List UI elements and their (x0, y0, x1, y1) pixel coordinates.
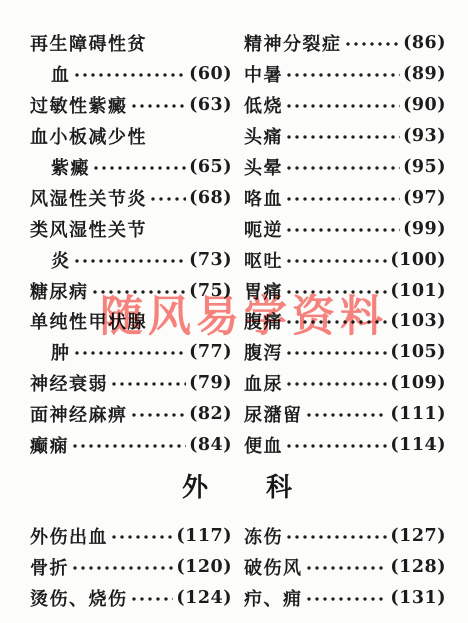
toc-entry-title: 面神经麻痹 (30, 401, 128, 427)
toc-entry: 中暑 (89) (244, 59, 446, 90)
toc-entry-page: (109) (390, 373, 446, 393)
toc-entry-title: 单纯性甲状腺 (30, 308, 147, 334)
toc-entry-page: (77) (189, 342, 232, 362)
toc-entry: 腹痛 (103) (244, 306, 446, 337)
toc-entry-page: (65) (189, 157, 232, 177)
toc-entry-page: (86) (403, 33, 446, 53)
toc-entry: 破伤风 (128) (244, 551, 446, 582)
toc-entry-title: 咯血 (244, 185, 283, 211)
toc-entry-title: 破伤风 (244, 554, 303, 580)
toc-entry-page: (93) (403, 126, 446, 146)
toc-entry-page: (95) (403, 157, 446, 177)
toc-entry-page: (128) (390, 557, 446, 577)
toc-entry: 紫癜 (65) (30, 152, 232, 183)
toc-entry: 血 (60) (30, 59, 232, 90)
toc-entry: 呃逆 (99) (244, 213, 446, 244)
toc-entry-page: (75) (189, 281, 232, 301)
toc-entry: 头痛 (93) (244, 121, 446, 152)
toc-entry-title: 腹痛 (244, 308, 283, 334)
toc-entry: 疖、痈 (131) (244, 582, 446, 613)
toc-entry-page: (124) (176, 588, 232, 608)
toc-entry-page: (84) (189, 435, 232, 455)
toc-entry-title: 血 (51, 61, 71, 87)
toc-entry: 尿潴留 (111) (244, 399, 446, 430)
toc-entry-title: 头痛 (244, 123, 283, 149)
dot-leader (149, 190, 186, 208)
toc-entry-title: 头晕 (244, 154, 283, 180)
dot-leader (285, 252, 387, 270)
toc-entry: 咯血 (97) (244, 182, 446, 213)
dot-leader (285, 128, 400, 146)
toc-entry: 烫伤、烧伤 (124) (30, 582, 232, 613)
dot-leader (285, 528, 387, 546)
toc-entry: 外伤出血 (117) (30, 520, 232, 551)
toc-entry-page: (131) (390, 588, 446, 608)
scanned-toc-page: 再生障碍性贫 血 (60) 过敏性紫癜 (63) 血小板减少性 紫癜 (65) … (0, 0, 468, 623)
internal-medicine-entries: 再生障碍性贫 血 (60) 过敏性紫癜 (63) 血小板减少性 紫癜 (65) … (30, 28, 446, 460)
surgery-left-column: 外伤出血 (117) 骨折 (120) 烫伤、烧伤 (124) (30, 520, 232, 613)
toc-entry-title: 风湿性关节炎 (30, 185, 147, 211)
toc-entry-title: 胃痛 (244, 278, 283, 304)
toc-entry: 血小板减少性 (30, 121, 232, 152)
toc-entry: 癫痫 (84) (30, 430, 232, 461)
dot-leader (285, 375, 387, 393)
toc-entry-page: (97) (403, 188, 446, 208)
dot-leader (305, 406, 388, 424)
toc-entry: 血尿 (109) (244, 368, 446, 399)
toc-entry-title: 外伤出血 (30, 523, 108, 549)
toc-entry-page: (73) (189, 250, 232, 270)
toc-entry-title: 血小板减少性 (30, 123, 147, 149)
toc-entry: 骨折 (120) (30, 551, 232, 582)
toc-entry-page: (103) (390, 311, 446, 331)
dot-leader (71, 559, 173, 577)
toc-entry: 糖尿病 (75) (30, 275, 232, 306)
toc-entry-page: (90) (403, 95, 446, 115)
toc-entry-title: 疖、痈 (244, 585, 303, 611)
toc-entry: 胃痛 (101) (244, 275, 446, 306)
toc-entry-page: (111) (390, 404, 446, 424)
toc-entry-title: 血尿 (244, 370, 283, 396)
toc-entry: 炎 (73) (30, 244, 232, 275)
toc-entry-title: 类风湿性关节 (30, 216, 147, 242)
toc-entry-title: 过敏性紫癜 (30, 92, 128, 118)
toc-entry-page: (99) (403, 219, 446, 239)
toc-entry-title: 尿潴留 (244, 401, 303, 427)
toc-entry-title: 癫痫 (30, 432, 69, 458)
toc-entry-page: (120) (176, 557, 232, 577)
internal-medicine-right-column: 精神分裂症 (86) 中暑 (89) 低烧 (90) 头痛 (93) 头晕 (9… (244, 28, 446, 460)
toc-entry-page: (79) (189, 373, 232, 393)
toc-entry-title: 呕吐 (244, 247, 283, 273)
toc-entry-page: (127) (390, 526, 446, 546)
toc-entry-title: 冻伤 (244, 523, 283, 549)
dot-leader (71, 437, 186, 455)
toc-entry-page: (63) (189, 95, 232, 115)
surgery-right-column: 冻伤 (127) 破伤风 (128) 疖、痈 (131) (244, 520, 446, 613)
dot-leader (73, 252, 187, 270)
dot-leader (285, 221, 400, 239)
toc-entry-page: (105) (390, 342, 446, 362)
dot-leader (285, 66, 400, 84)
toc-entry-title: 精神分裂症 (244, 30, 342, 56)
dot-leader (130, 97, 187, 115)
dot-leader (110, 375, 186, 393)
toc-entry-title: 神经衰弱 (30, 370, 108, 396)
toc-entry-title: 烫伤、烧伤 (30, 585, 128, 611)
toc-entry: 便血 (114) (244, 430, 446, 461)
toc-entry-title: 糖尿病 (30, 278, 89, 304)
toc-entry-page: (117) (176, 526, 232, 546)
toc-entry-page: (68) (189, 188, 232, 208)
dot-leader (285, 190, 400, 208)
dot-leader (285, 97, 400, 115)
toc-entry-page: (89) (403, 64, 446, 84)
dot-leader (130, 590, 174, 608)
dot-leader (305, 590, 388, 608)
toc-entry: 面神经麻痹 (82) (30, 399, 232, 430)
toc-entry: 风湿性关节炎 (68) (30, 182, 232, 213)
toc-entry-title: 紫癜 (51, 154, 90, 180)
toc-entry: 精神分裂症 (86) (244, 28, 446, 59)
toc-entry-title: 肿 (51, 339, 71, 365)
toc-entry-page: (60) (189, 64, 232, 84)
dot-leader (344, 35, 401, 53)
dot-leader (285, 283, 387, 301)
toc-entry-page: (82) (189, 404, 232, 424)
toc-entry: 类风湿性关节 (30, 213, 232, 244)
toc-entry: 再生障碍性贫 (30, 28, 232, 59)
dot-leader (73, 344, 187, 362)
surgery-entries: 外伤出血 (117) 骨折 (120) 烫伤、烧伤 (124) 冻伤 (127)… (30, 520, 446, 613)
toc-entry: 神经衰弱 (79) (30, 368, 232, 399)
toc-entry-title: 炎 (51, 247, 71, 273)
toc-entry: 肿 (77) (30, 337, 232, 368)
toc-entry-title: 骨折 (30, 554, 69, 580)
toc-entry-title: 低烧 (244, 92, 283, 118)
toc-entry-title: 呃逆 (244, 216, 283, 242)
toc-entry-title: 便血 (244, 432, 283, 458)
toc-entry-page: (100) (390, 250, 446, 270)
dot-leader (285, 159, 400, 177)
toc-entry: 呕吐 (100) (244, 244, 446, 275)
toc-entry-title: 再生障碍性贫 (30, 30, 147, 56)
dot-leader (73, 66, 187, 84)
toc-entry: 头晕 (95) (244, 152, 446, 183)
dot-leader (285, 313, 387, 331)
dot-leader (305, 559, 388, 577)
toc-entry: 腹泻 (105) (244, 337, 446, 368)
section-title-surgery: 外 科 (30, 472, 446, 504)
toc-entry-title: 腹泻 (244, 339, 283, 365)
toc-entry: 过敏性紫癜 (63) (30, 90, 232, 121)
toc-entry-page: (114) (390, 435, 446, 455)
dot-leader (91, 283, 187, 301)
dot-leader (285, 437, 387, 455)
dot-leader (110, 528, 173, 546)
toc-entry: 单纯性甲状腺 (30, 306, 232, 337)
dot-leader (130, 406, 187, 424)
dot-leader (285, 344, 387, 362)
dot-leader (92, 159, 186, 177)
toc-entry: 冻伤 (127) (244, 520, 446, 551)
internal-medicine-left-column: 再生障碍性贫 血 (60) 过敏性紫癜 (63) 血小板减少性 紫癜 (65) … (30, 28, 232, 460)
toc-entry-page: (101) (390, 281, 446, 301)
toc-entry-title: 中暑 (244, 61, 283, 87)
toc-entry: 低烧 (90) (244, 90, 446, 121)
